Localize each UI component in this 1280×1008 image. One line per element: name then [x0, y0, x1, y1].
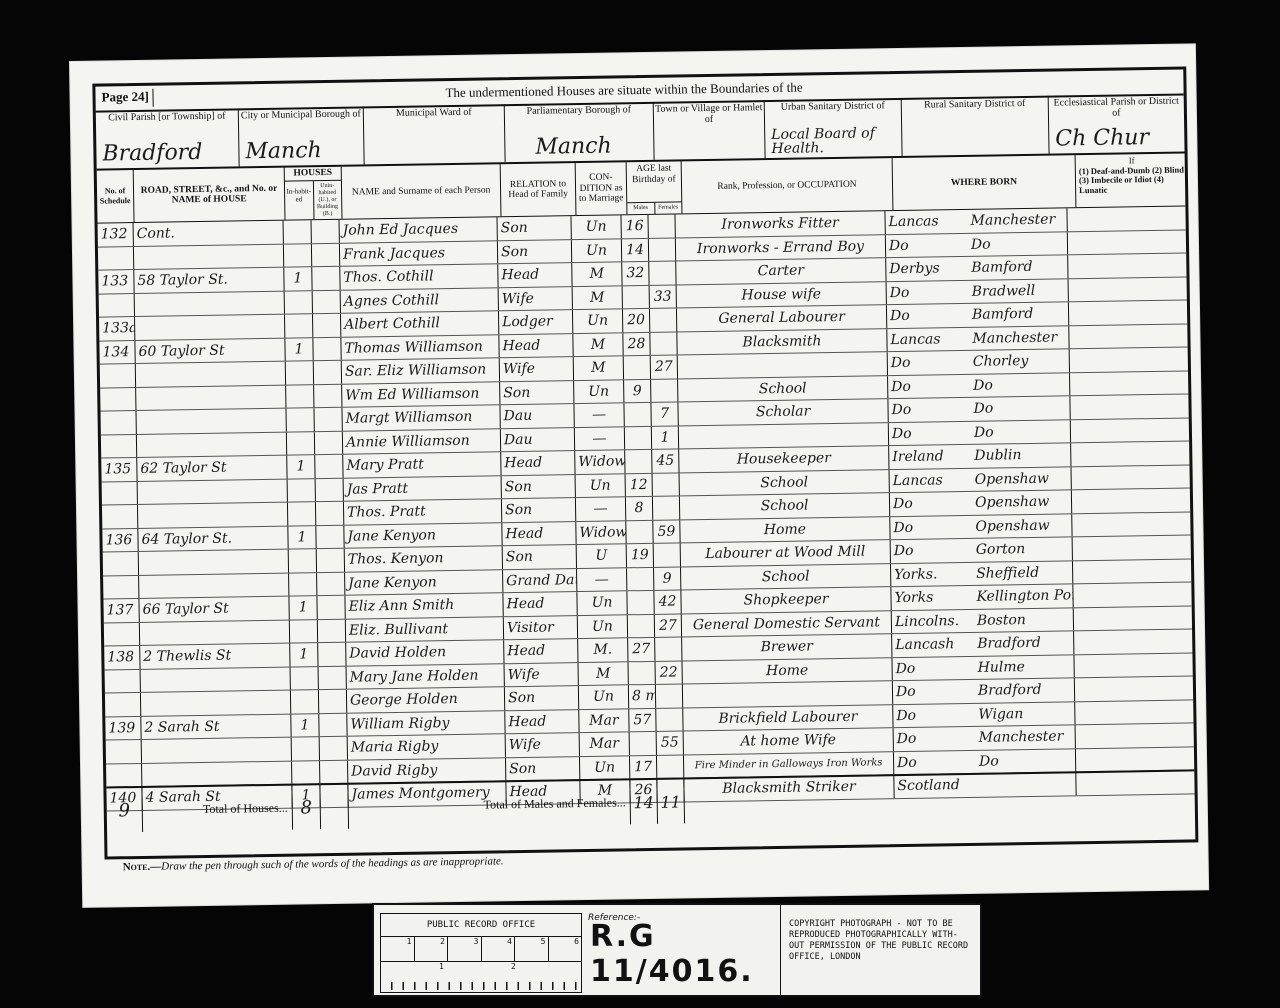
- persons-total-label: Total of Males and Females...: [348, 780, 631, 828]
- occupation-cell: Carter: [676, 258, 886, 284]
- uninhabited-cell: [317, 596, 345, 619]
- uninhabited-cell: [315, 455, 343, 478]
- field-value: Bradford: [102, 139, 234, 166]
- road-cell: [135, 291, 285, 316]
- field-value: Ch Chur: [1055, 125, 1180, 152]
- schedule-cell: [98, 247, 134, 270]
- uninhabited-cell: [316, 502, 344, 525]
- condition-cell: Un: [578, 615, 628, 638]
- inhabited-cell: [284, 220, 312, 243]
- schedule-cell: 136: [102, 528, 138, 551]
- inhabited-cell: [285, 291, 313, 314]
- born-county-cell: Do: [894, 727, 976, 751]
- female-age-cell: [651, 379, 678, 402]
- name-cell: Eliz Ann Smith: [345, 593, 503, 618]
- road-cell: [139, 550, 289, 575]
- born-county-cell: Do: [887, 280, 969, 304]
- municipal-borough-field: City or Municipal Borough of Manch: [239, 106, 365, 166]
- road-cell: [141, 667, 291, 692]
- relation-cell: Head: [502, 522, 576, 546]
- col-condition: CON-DITION as to Marriage: [576, 162, 628, 215]
- male-age-cell: 19: [627, 544, 654, 567]
- inhabited-cell: [287, 432, 315, 455]
- female-age-cell: [656, 684, 683, 707]
- road-cell: 66 Taylor St: [139, 597, 289, 622]
- inhabited-cell: 1: [290, 643, 318, 666]
- female-age-cell: [653, 473, 680, 496]
- male-age-cell: 9: [624, 379, 651, 402]
- occupation-cell: Labourer at Wood Mill: [681, 540, 891, 566]
- schedule-cell: [100, 411, 136, 434]
- female-age-cell: 55: [657, 731, 684, 754]
- name-cell: George Holden: [347, 687, 505, 712]
- born-county-cell: Yorks.: [891, 562, 973, 586]
- female-age-cell: 9: [654, 567, 681, 590]
- born-place-cell: Do: [976, 749, 1076, 773]
- condition-cell: Mar: [580, 732, 630, 755]
- female-age-cell: [653, 496, 680, 519]
- female-age-cell: 59: [653, 520, 680, 543]
- born-place-cell: Bradford: [975, 678, 1075, 702]
- record-office-title: PUBLIC RECORD OFFICE: [381, 914, 581, 937]
- condition-cell: M: [573, 286, 623, 309]
- female-age-cell: [649, 262, 676, 285]
- born-county-cell: Do: [889, 421, 971, 445]
- uninhabited-cell: [318, 619, 346, 642]
- born-place-cell: Manchester: [967, 208, 1067, 232]
- relation-cell: Wife: [499, 287, 573, 311]
- reference-value: R.G 11/4016.: [590, 919, 780, 989]
- born-county-cell: Lancas: [890, 468, 972, 492]
- schedule-cell: [103, 552, 139, 575]
- record-office-label: PUBLIC RECORD OFFICE 1 2 3 4 5 6 1 2 Ref…: [372, 903, 982, 997]
- road-cell: 2 Thewlis St: [140, 644, 290, 669]
- road-cell: [138, 479, 288, 504]
- born-place-cell: Bradwell: [969, 279, 1069, 303]
- infirmity-cell: [1069, 300, 1187, 324]
- born-place-cell: Do: [970, 396, 1070, 420]
- census-rows: 132Cont.John Ed JacquesSonUn16Ironworks …: [98, 206, 1195, 811]
- condition-cell: M: [572, 262, 622, 285]
- road-cell: 60 Taylor St: [135, 338, 285, 363]
- male-age-cell: [624, 403, 651, 426]
- schedule-cell: [106, 740, 142, 763]
- name-cell: Sar. Eliz Williamson: [342, 358, 500, 383]
- houses-total-label: Total of Houses...: [142, 786, 293, 832]
- relation-cell: Visitor: [504, 616, 578, 640]
- name-cell: David Holden: [346, 640, 504, 665]
- name-cell: Albert Cothill: [341, 311, 499, 336]
- condition-cell: Un: [579, 685, 629, 708]
- male-age-cell: [625, 426, 652, 449]
- born-county-cell: Do: [892, 656, 974, 680]
- male-age-cell: [627, 567, 654, 590]
- scale-cell: 4: [482, 937, 516, 961]
- relation-cell: Grand Dau: [503, 569, 577, 593]
- schedule-cell: 134: [99, 341, 135, 364]
- born-place-cell: Bradford: [974, 631, 1074, 655]
- female-age-cell: 1: [652, 426, 679, 449]
- born-place-cell: Do: [970, 373, 1070, 397]
- relation-cell: Wife: [506, 733, 580, 757]
- females-total: 11: [657, 779, 685, 823]
- born-county-cell: Lancas: [887, 327, 969, 351]
- infirmity-cell: [1067, 206, 1185, 230]
- female-age-cell: 45: [652, 449, 679, 472]
- male-age-cell: [627, 591, 654, 614]
- female-age-cell: 27: [655, 614, 682, 637]
- condition-cell: M: [578, 662, 628, 685]
- male-age-cell: 8: [626, 497, 653, 520]
- col-age: AGE last Birthday of Males Females: [627, 161, 683, 214]
- male-age-cell: [626, 520, 653, 543]
- occupation-cell: Housekeeper: [679, 446, 889, 472]
- occupation-cell: Brickfield Labourer: [683, 705, 893, 731]
- occupation-cell: Blacksmith: [677, 329, 887, 355]
- schedule-cell: 138: [104, 646, 140, 669]
- uninhabited-cell: [319, 713, 347, 736]
- relation-cell: Lodger: [499, 310, 573, 334]
- infirmity-cell: [1069, 277, 1187, 301]
- uninhabited-cell: [319, 690, 347, 713]
- relation-cell: Dau: [501, 428, 575, 452]
- uninhabited-cell: [313, 337, 341, 360]
- born-county-cell: Yorks: [891, 586, 973, 610]
- born-county-cell: Lancash: [892, 633, 974, 657]
- uninhabited-cell: [313, 290, 341, 313]
- condition-cell: M: [573, 333, 623, 356]
- schedule-cell: [101, 434, 137, 457]
- schedule-cell: 133a: [99, 317, 135, 340]
- infirmity-cell: [1075, 700, 1193, 724]
- uninhabited-cell: [320, 760, 348, 783]
- road-cell: Cont.: [134, 221, 284, 246]
- inhabited-cell: [289, 573, 317, 596]
- male-age-cell: 57: [629, 708, 656, 731]
- born-county-cell: Do: [888, 398, 970, 422]
- male-age-cell: [623, 285, 650, 308]
- inhabited-cell: 1: [287, 455, 315, 478]
- born-county-cell: Do: [891, 539, 973, 563]
- born-county-cell: Do: [893, 703, 975, 727]
- road-cell: 58 Taylor St.: [134, 268, 284, 293]
- inhabited-cell: 1: [288, 526, 316, 549]
- condition-cell: Un: [577, 591, 627, 614]
- relation-cell: Head: [499, 334, 573, 358]
- born-county-cell: Do: [887, 304, 969, 328]
- condition-cell: Un: [574, 380, 624, 403]
- uninhabited-cell: [314, 408, 342, 431]
- born-place-cell: Do: [968, 232, 1068, 256]
- road-cell: 64 Taylor St.: [138, 526, 288, 551]
- schedule-cell: 137: [103, 599, 139, 622]
- inhabited-cell: [286, 408, 314, 431]
- uninhabited-cell: [318, 643, 346, 666]
- born-place-cell: Openshaw: [972, 490, 1072, 514]
- road-cell: [137, 432, 287, 457]
- civil-parish-field: Civil Parish [or Township] of Bradford: [96, 108, 240, 168]
- inhabited-cell: [290, 620, 318, 643]
- scale-cell: 5: [515, 937, 549, 961]
- schedule-cell: [102, 505, 138, 528]
- occupation-cell: House wife: [677, 282, 887, 308]
- female-age-cell: 22: [655, 661, 682, 684]
- relation-cell: Son: [506, 757, 580, 781]
- relation-cell: Head: [505, 710, 579, 734]
- born-place-cell: Bamford: [969, 302, 1069, 326]
- ruler-number: 2: [511, 962, 516, 971]
- scale-cell: 2: [415, 937, 449, 961]
- occupation-cell: At home Wife: [684, 728, 894, 754]
- infirmity-cell: [1076, 723, 1194, 747]
- born-place-cell: Kellington Pontefract: [973, 584, 1073, 608]
- infirmity-cell: [1070, 371, 1188, 395]
- occupation-cell: [678, 352, 888, 378]
- name-cell: Frank Jacques: [340, 241, 498, 266]
- infirmity-cell: [1074, 653, 1192, 677]
- uninhabited-cell: [313, 314, 341, 337]
- relation-cell: Son: [498, 240, 572, 264]
- name-cell: Mary Jane Holden: [347, 664, 505, 689]
- houses-label: HOUSES: [285, 167, 341, 181]
- road-cell: [134, 244, 284, 269]
- name-cell: Jas Pratt: [344, 476, 502, 501]
- inhabited-cell: [286, 361, 314, 384]
- infirmity-cell: [1074, 629, 1192, 653]
- occupation-cell: Shopkeeper: [681, 587, 891, 613]
- relation-cell: Son: [502, 475, 576, 499]
- road-cell: [136, 409, 286, 434]
- name-cell: Thomas Williamson: [341, 335, 499, 360]
- occupation-cell: Ironworks Fitter: [675, 211, 885, 237]
- relation-cell: Wife: [505, 663, 579, 687]
- road-cell: [138, 503, 288, 528]
- infirmity-cell: [1068, 230, 1186, 254]
- uninhabited-cell: [314, 384, 342, 407]
- female-age-cell: [655, 637, 682, 660]
- male-age-cell: 12: [626, 473, 653, 496]
- town-village-field: Town or Village or Hamlet of: [654, 100, 766, 160]
- ruler-number: 1: [439, 962, 444, 971]
- name-cell: John Ed Jacques: [340, 217, 498, 242]
- houses-total-value: 8: [292, 785, 321, 829]
- born-county-cell: Lincolns.: [892, 609, 974, 633]
- col-inhabited: In-habit-ed: [285, 181, 314, 220]
- born-place-cell: Manchester: [969, 326, 1069, 350]
- male-age-cell: [624, 356, 651, 379]
- born-county-cell: Do: [888, 351, 970, 375]
- infirmity-cell: [1072, 488, 1190, 512]
- field-value: Local Board of Health.: [771, 126, 897, 156]
- col-where-born: WHERE BORN: [893, 155, 1077, 210]
- infirmity-cell: [1071, 441, 1189, 465]
- inhabited-cell: [284, 244, 312, 267]
- condition-cell: Mar: [579, 709, 629, 732]
- occupation-cell: Home: [682, 658, 892, 684]
- relation-cell: Head: [504, 639, 578, 663]
- field-value: Manch: [245, 137, 359, 164]
- inhabited-cell: [291, 690, 319, 713]
- note-text: Draw the pen through such of the words o…: [161, 855, 504, 872]
- female-age-cell: 27: [651, 355, 678, 378]
- field-value: Manch: [535, 133, 649, 160]
- schedule-cell: [105, 669, 141, 692]
- census-sheet: Page 24] The undermentioned Houses are s…: [70, 44, 1208, 907]
- uninhabited-cell: [316, 478, 344, 501]
- col-schedule: No. of Schedule: [97, 170, 135, 223]
- schedule-count: 9: [106, 788, 143, 833]
- born-county-cell: Do: [888, 374, 970, 398]
- female-age-cell: [657, 755, 684, 778]
- col-infirmity: If (1) Deaf-and-Dumb (2) Blind (3) Imbec…: [1076, 154, 1186, 208]
- infirmity-cell: [1068, 253, 1186, 277]
- condition-cell: Un: [572, 239, 622, 262]
- infirmity-cell: [1071, 418, 1189, 442]
- infirmity-cell: [1073, 559, 1191, 583]
- infirmity-cell: [1071, 465, 1189, 489]
- born-place-cell: Sheffield: [973, 561, 1073, 585]
- relation-cell: Son: [502, 498, 576, 522]
- relation-cell: Wife: [500, 357, 574, 381]
- schedule-cell: 133: [98, 270, 134, 293]
- male-age-cell: [625, 450, 652, 473]
- uninhabited-cell: [317, 572, 345, 595]
- uninhabited-cell: [320, 737, 348, 760]
- inhabited-cell: 1: [284, 267, 312, 290]
- schedule-cell: 132: [98, 223, 134, 246]
- inhabited-cell: 1: [285, 338, 313, 361]
- born-place-cell: Bamford: [968, 255, 1068, 279]
- field-label: Ecclesiastical Parish or District of: [1049, 94, 1184, 120]
- road-cell: [136, 362, 286, 387]
- uninhabited-cell: [312, 220, 340, 243]
- name-cell: William Rigby: [347, 711, 505, 736]
- born-place-cell: Openshaw: [971, 467, 1071, 491]
- condition-cell: —: [577, 568, 627, 591]
- condition-cell: M: [574, 356, 624, 379]
- name-cell: Margt Williamson: [342, 405, 500, 430]
- field-label: City or Municipal Borough of: [239, 106, 363, 121]
- born-county-cell: Do: [890, 492, 972, 516]
- female-age-cell: [650, 308, 677, 331]
- uninhabited-cell: [312, 267, 340, 290]
- ruler: 1 2: [381, 962, 581, 990]
- parliamentary-borough-field: Parliamentary Borough of Manch: [505, 102, 655, 162]
- col-houses: HOUSES In-habit-ed Unin-habited (U.), or…: [285, 167, 343, 220]
- col-road: ROAD, STREET, &c., and No. or NAME of HO…: [134, 168, 286, 222]
- field-label: Civil Parish [or Township] of: [96, 108, 238, 123]
- inhabited-cell: [285, 314, 313, 337]
- condition-cell: U: [577, 544, 627, 567]
- col-name: NAME and Surname of each Person: [342, 164, 502, 218]
- inhabited-cell: 1: [291, 714, 319, 737]
- name-cell: Annie Williamson: [343, 429, 501, 454]
- schedule-cell: [103, 575, 139, 598]
- name-cell: Thos. Pratt: [344, 499, 502, 524]
- condition-cell: —: [576, 497, 626, 520]
- born-place-cell: Gorton: [973, 537, 1073, 561]
- uninhabited-cell: [317, 549, 345, 572]
- condition-cell: Un: [573, 309, 623, 332]
- name-cell: David Rigby: [348, 758, 506, 783]
- male-age-cell: [628, 614, 655, 637]
- col-uninhabited: Unin-habited (U.), or Building (B.): [313, 180, 341, 219]
- schedule-cell: [100, 364, 136, 387]
- occupation-cell: [679, 423, 889, 449]
- condition-cell: —: [574, 403, 624, 426]
- scale-cell: 1: [381, 937, 415, 961]
- uninhabited-total: [320, 785, 349, 829]
- field-value: [371, 160, 501, 162]
- infirmity-cell: [1075, 676, 1193, 700]
- uninhabited-cell: [315, 431, 343, 454]
- schedule-cell: [106, 763, 142, 786]
- male-age-cell: [630, 732, 657, 755]
- road-cell: [142, 738, 292, 763]
- name-cell: Thos. Kenyon: [345, 546, 503, 571]
- road-cell: [140, 620, 290, 645]
- totals-blank: [684, 771, 1195, 823]
- relation-cell: Dau: [500, 404, 574, 428]
- female-age-cell: [654, 543, 681, 566]
- inhabited-cell: 1: [289, 596, 317, 619]
- occupation-cell: Scholar: [678, 399, 888, 425]
- condition-cell: Widow: [576, 521, 626, 544]
- municipal-ward-field: Municipal Ward of: [364, 104, 506, 164]
- name-cell: Wm Ed Williamson: [342, 382, 500, 407]
- schedule-cell: [105, 693, 141, 716]
- inhabited-cell: [291, 667, 319, 690]
- occupation-cell: General Labourer: [677, 305, 887, 331]
- inhabited-cell: [292, 737, 320, 760]
- relation-cell: Son: [497, 216, 571, 240]
- infirmity-cell: [1073, 535, 1191, 559]
- condition-cell: Un: [580, 756, 630, 779]
- road-cell: [136, 385, 286, 410]
- born-county-cell: Ireland: [889, 445, 971, 469]
- urban-sanitary-field: Urban Sanitary District of Local Board o…: [765, 98, 903, 158]
- occupation-cell: Brewer: [682, 634, 892, 660]
- schedule-cell: 135: [101, 458, 137, 481]
- female-age-cell: [649, 238, 676, 261]
- born-place-cell: Wigan: [975, 702, 1075, 726]
- male-age-cell: 8 mo: [629, 685, 656, 708]
- schedule-cell: 139: [105, 716, 141, 739]
- scale-cell: 3: [448, 937, 482, 961]
- road-cell: 62 Taylor St: [137, 456, 287, 481]
- infirmity-label: (1) Deaf-and-Dumb (2) Blind (3) Imbecile…: [1079, 165, 1185, 195]
- relation-cell: Son: [505, 686, 579, 710]
- schedule-cell: [104, 622, 140, 645]
- relation-cell: Head: [501, 451, 575, 475]
- col-relation: RELATION to Head of Family: [501, 163, 577, 216]
- field-value: [661, 156, 761, 158]
- born-place-cell: Dublin: [971, 443, 1071, 467]
- uninhabited-cell: [314, 361, 342, 384]
- condition-cell: —: [575, 427, 625, 450]
- rural-sanitary-field: Rural Sanitary District of: [902, 96, 1050, 156]
- field-label: Urban Sanitary District of: [765, 98, 901, 113]
- field-label: Municipal Ward of: [364, 104, 504, 119]
- infirmity-cell: [1074, 606, 1192, 630]
- uninhabited-cell: [316, 525, 344, 548]
- relation-cell: Head: [498, 263, 572, 287]
- born-place-cell: Boston: [974, 608, 1074, 632]
- male-age-cell: 32: [622, 262, 649, 285]
- female-age-cell: 7: [651, 402, 678, 425]
- copyright-notice: COPYRIGHT PHOTOGRAPH - NOT TO BE REPRODU…: [780, 905, 980, 995]
- scale-cells: 1 2 3 4 5 6: [381, 937, 581, 962]
